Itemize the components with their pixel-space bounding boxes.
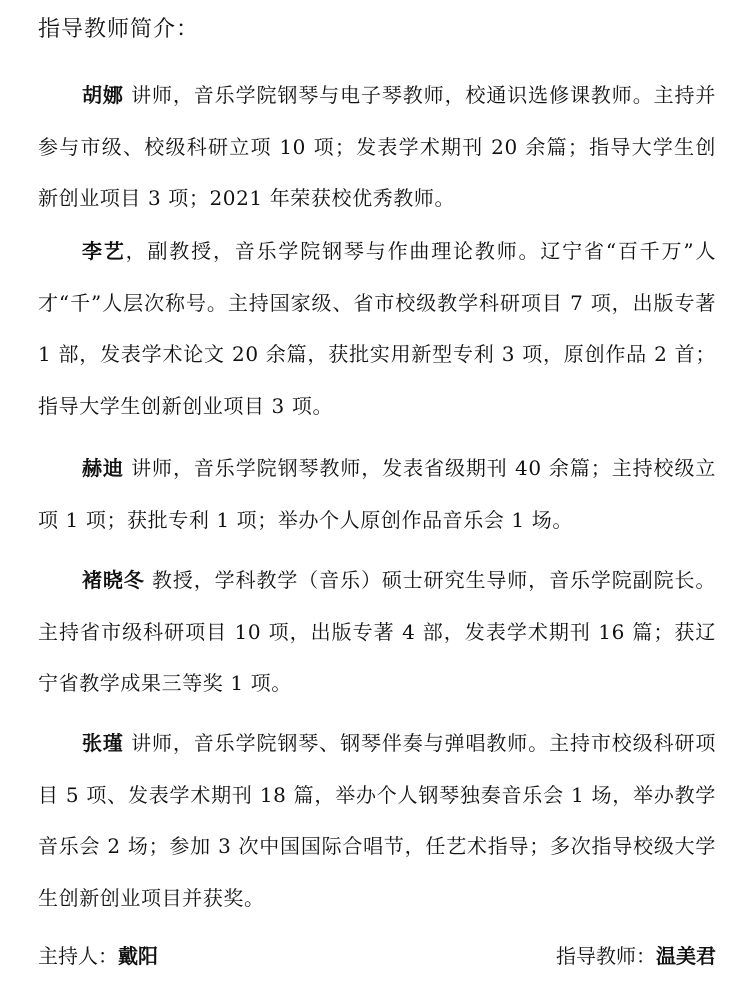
teacher-name: 胡娜	[82, 83, 124, 107]
host-label: 主持人：	[38, 944, 118, 968]
host-signature: 主持人：戴阳	[38, 938, 158, 974]
teacher-bio-li-yi: 李艺，副教授，音乐学院钢琴与作曲理论教师。辽宁省“百千万”人才“千”人层次称号。…	[38, 226, 716, 432]
advisor-label: 指导教师：	[556, 944, 656, 968]
advisor-signature: 指导教师：温美君	[556, 938, 716, 974]
teacher-bio-text: 讲师，音乐学院钢琴与电子琴教师，校通识选修课教师。主持并参与市级、校级科研立项 …	[38, 83, 716, 210]
signature-footer: 主持人：戴阳 指导教师：温美君	[38, 938, 716, 974]
teacher-bio-text: ，副教授，音乐学院钢琴与作曲理论教师。辽宁省“百千万”人才“千”人层次称号。主持…	[38, 239, 716, 418]
host-name: 戴阳	[118, 944, 158, 968]
teacher-name: 赫迪	[82, 456, 124, 480]
teacher-bio-text: 讲师，音乐学院钢琴教师，发表省级期刊 40 余篇；主持校级立项 1 项；获批专利…	[38, 456, 716, 532]
teacher-name: 褚晓冬	[82, 568, 145, 592]
teacher-bio-chu-xiaodong: 褚晓冬 教授，学科教学（音乐）硕士研究生导师，音乐学院副院长。主持省市级科研项目…	[38, 555, 716, 710]
teacher-name: 李艺	[82, 239, 126, 263]
teacher-name: 张瑾	[82, 731, 124, 755]
teacher-bio-he-di: 赫迪 讲师，音乐学院钢琴教师，发表省级期刊 40 余篇；主持校级立项 1 项；获…	[38, 443, 716, 546]
teacher-bio-hu-na: 胡娜 讲师，音乐学院钢琴与电子琴教师，校通识选修课教师。主持并参与市级、校级科研…	[38, 70, 716, 225]
advisor-name: 温美君	[656, 944, 716, 968]
teacher-bio-text: 讲师，音乐学院钢琴、钢琴伴奏与弹唱教师。主持市校级科研项目 5 项、发表学术期刊…	[38, 731, 716, 910]
teacher-bio-zhang-jin: 张瑾 讲师，音乐学院钢琴、钢琴伴奏与弹唱教师。主持市校级科研项目 5 项、发表学…	[38, 718, 716, 924]
section-title: 指导教师简介：	[38, 12, 199, 48]
